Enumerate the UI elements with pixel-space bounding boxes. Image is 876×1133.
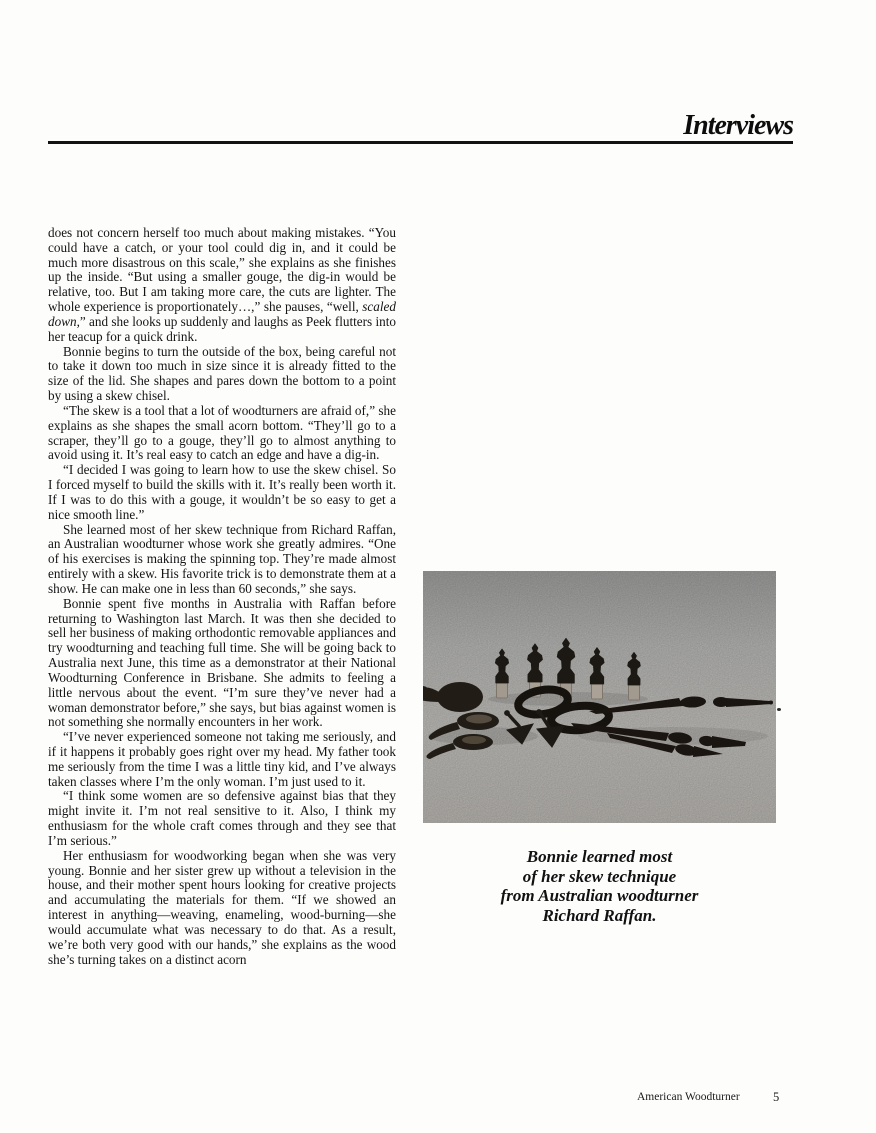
paragraph-text: ,” and she looks up suddenly and laughs … xyxy=(48,314,396,344)
header-rule xyxy=(48,141,793,144)
caption-line: Bonnie learned most xyxy=(423,847,776,867)
photo-caption: Bonnie learned most of her skew techniqu… xyxy=(423,847,776,925)
print-artifact-dot xyxy=(777,708,781,711)
paragraph-continuation: does not concern herself too much about … xyxy=(48,226,396,345)
caption-line: Richard Raffan. xyxy=(423,906,776,926)
paragraph: “I think some women are so defensive aga… xyxy=(48,789,396,848)
paragraph: “I decided I was going to learn how to u… xyxy=(48,463,396,522)
page-number: 5 xyxy=(773,1090,779,1105)
magazine-page: Interviews does not concern herself too … xyxy=(0,0,876,1133)
paragraph-text: does not concern herself too much about … xyxy=(48,225,396,314)
photo-turned-wood-objects xyxy=(423,571,776,823)
paragraph: “I’ve never experienced someone not taki… xyxy=(48,730,396,789)
photo-illustration xyxy=(423,571,776,823)
paragraph: She learned most of her skew technique f… xyxy=(48,523,396,597)
paragraph: Her enthusiasm for woodworking began whe… xyxy=(48,849,396,968)
paragraph: Bonnie spent five months in Australia wi… xyxy=(48,597,396,730)
caption-line: of her skew technique xyxy=(423,867,776,887)
paragraph: Bonnie begins to turn the outside of the… xyxy=(48,345,396,404)
page-title: Interviews xyxy=(683,110,793,142)
paragraph: “The skew is a tool that a lot of woodtu… xyxy=(48,404,396,463)
journal-name: American Woodturner xyxy=(637,1091,740,1103)
article-text: does not concern herself too much about … xyxy=(48,226,396,967)
caption-line: from Australian woodturner xyxy=(423,886,776,906)
